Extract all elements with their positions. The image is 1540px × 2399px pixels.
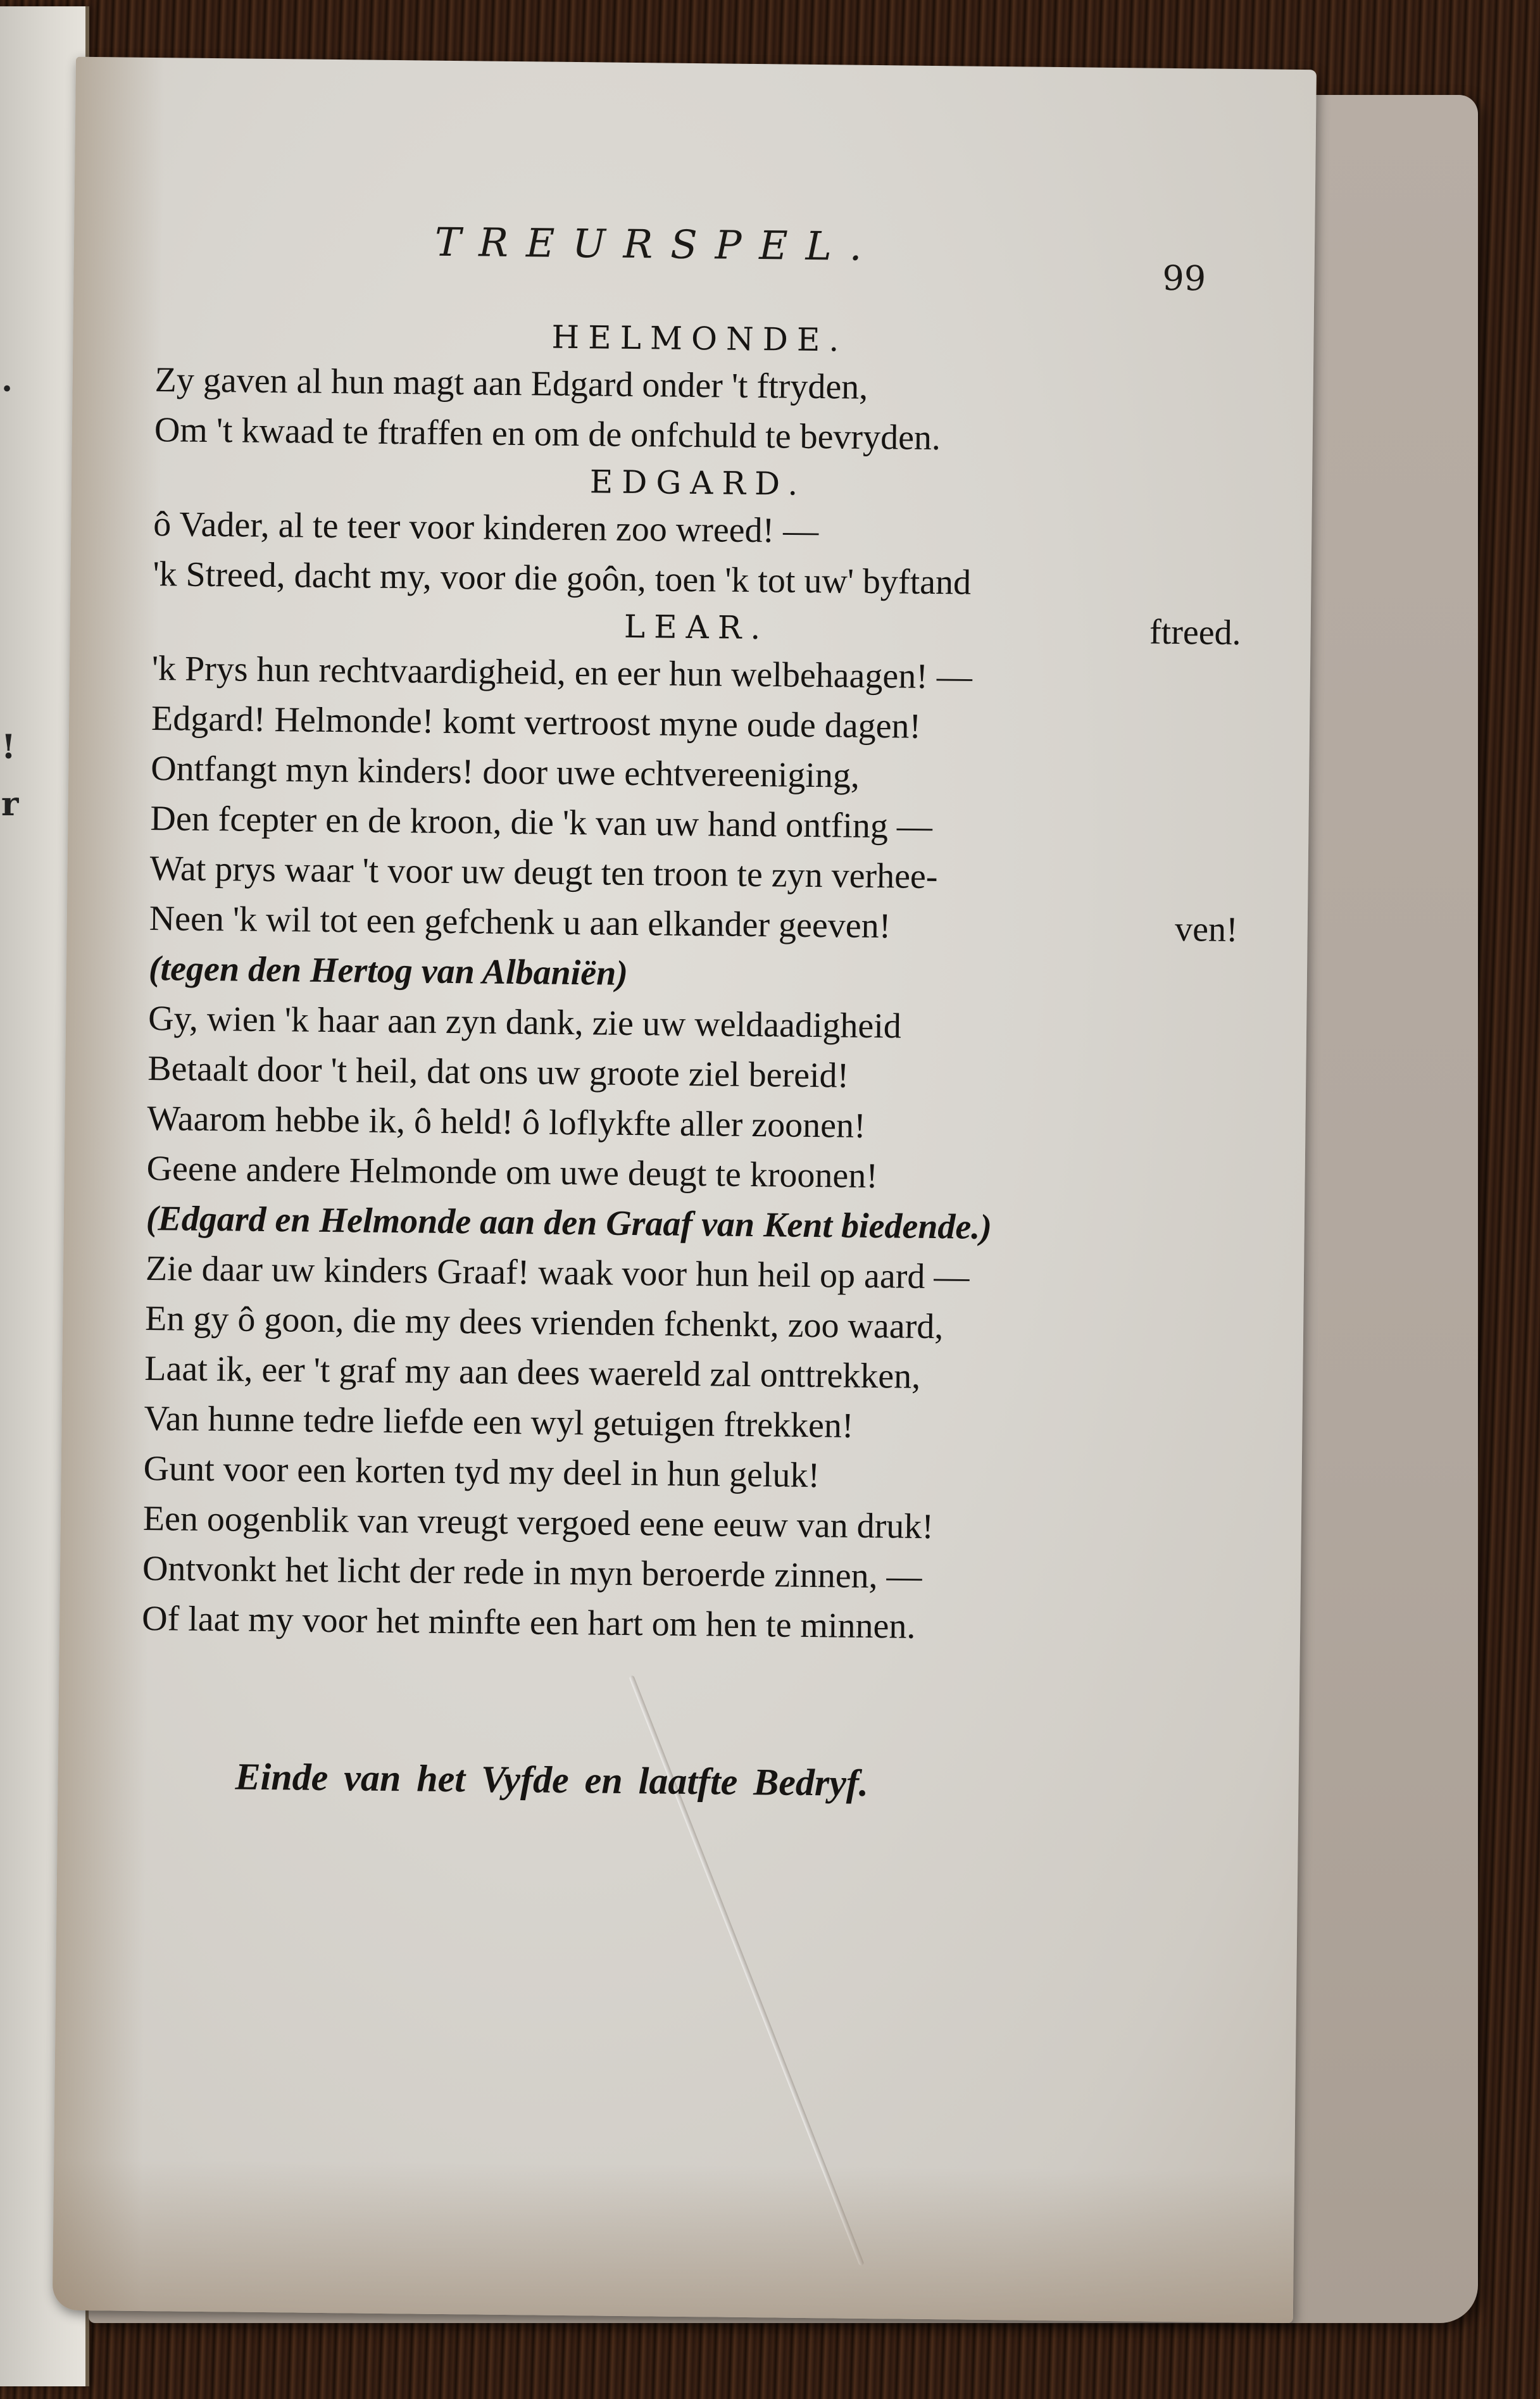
verse-line: Of laat my voor het minfte een hart om h… [142, 1594, 1231, 1655]
facing-page-text-fragment: r [1, 785, 18, 824]
end-of-act-line: Einde van het Vyfde en laatfte Bedryf. [235, 1755, 868, 1805]
verse-line: Neen 'k wil tot een gefchenk u aan elkan… [149, 899, 891, 946]
facing-page-text-fragment: . [1, 361, 13, 399]
play-text: HELMONDE. Zy gaven al hun magt aan Edgar… [142, 311, 1244, 1655]
speaker-name: LEAR. [624, 608, 770, 646]
verse-overflow: ftreed. [1149, 610, 1241, 656]
verse-overflow: ven! [1175, 905, 1238, 955]
book-page: TREURSPEL. 99 HELMONDE. Zy gaven al hun … [53, 57, 1317, 2323]
page-number: 99 [1162, 258, 1206, 299]
running-head: TREURSPEL. [435, 219, 1005, 271]
facing-page-text-fragment: ! [1, 728, 16, 767]
